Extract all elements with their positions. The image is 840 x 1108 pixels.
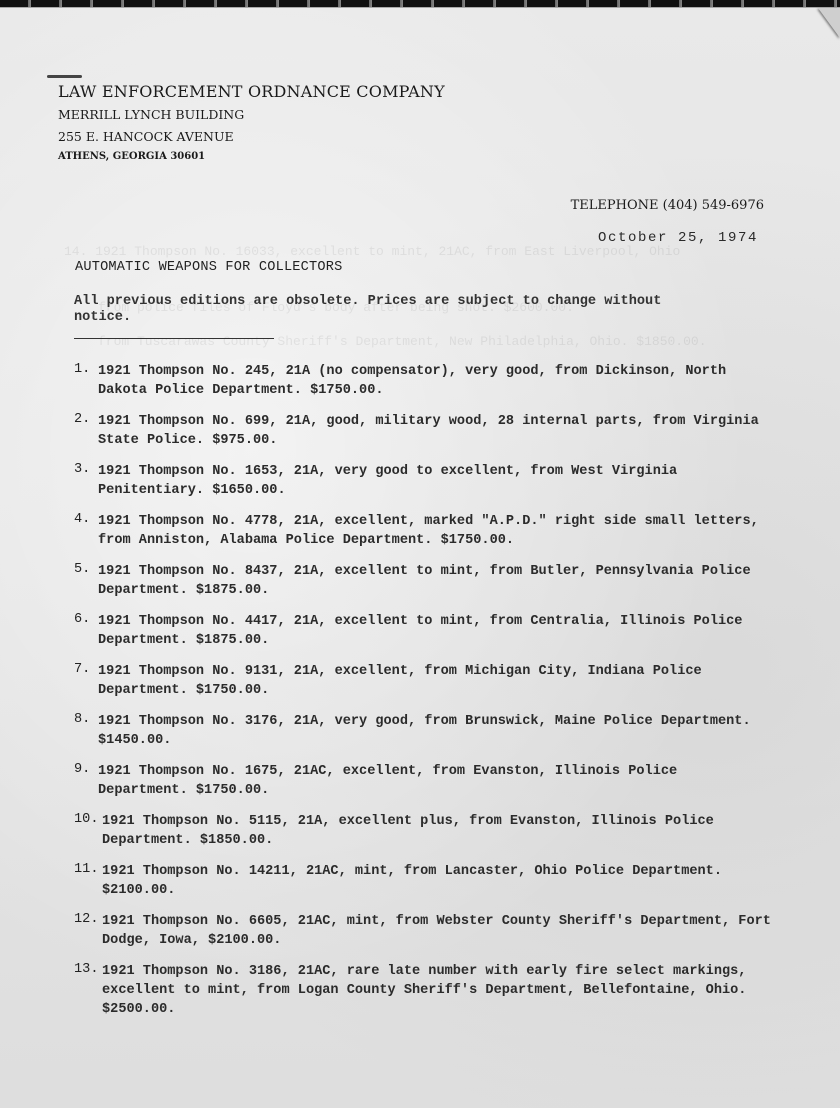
item-text: 1921 Thompson No. 8437, 21A, excellent t…: [98, 562, 774, 600]
item-number: 3.: [74, 462, 90, 477]
letterhead: LAW ENFORCEMENT ORDNANCE COMPANY MERRILL…: [58, 82, 445, 162]
item-number: 5.: [74, 562, 90, 577]
city-address: ATHENS, GEORGIA 30601: [58, 151, 445, 162]
company-name: LAW ENFORCEMENT ORDNANCE COMPANY: [58, 82, 445, 101]
item-text: 1921 Thompson No. 6605, 21AC, mint, from…: [102, 912, 774, 950]
item-number: 12.: [74, 912, 98, 927]
telephone: TELEPHONE (404) 549-6976: [571, 198, 764, 213]
item-text: 1921 Thompson No. 14211, 21AC, mint, fro…: [102, 862, 774, 900]
item-text: 1921 Thompson No. 3186, 21AC, rare late …: [102, 962, 774, 1019]
item-number: 13.: [74, 962, 98, 977]
item-number: 8.: [74, 712, 90, 727]
notice-text: All previous editions are obsolete. Pric…: [74, 294, 714, 326]
list-item: 5. 1921 Thompson No. 8437, 21A, excellen…: [74, 562, 774, 600]
list-item: 7. 1921 Thompson No. 9131, 21A, excellen…: [74, 662, 774, 700]
document-date: October 25, 1974: [598, 230, 758, 246]
item-number: 11.: [74, 862, 98, 877]
item-number: 1.: [74, 362, 90, 377]
item-text: 1921 Thompson No. 4778, 21A, excellent, …: [98, 512, 774, 550]
item-number: 4.: [74, 512, 90, 527]
item-number: 10.: [74, 812, 98, 827]
item-text: 1921 Thompson No. 699, 21A, good, milita…: [98, 412, 774, 450]
folded-corner: [818, 8, 840, 38]
building-name: MERRILL LYNCH BUILDING: [58, 107, 445, 122]
divider-rule: [74, 338, 274, 339]
item-number: 6.: [74, 612, 90, 627]
bleed-through: from Tuscarawas County Sheriff's Departm…: [98, 334, 707, 349]
list-item: 12. 1921 Thompson No. 6605, 21AC, mint, …: [74, 912, 774, 950]
item-number: 9.: [74, 762, 90, 777]
item-text: 1921 Thompson No. 1675, 21AC, excellent,…: [98, 762, 774, 800]
list-item: 2. 1921 Thompson No. 699, 21A, good, mil…: [74, 412, 774, 450]
list-item: 4. 1921 Thompson No. 4778, 21A, excellen…: [74, 512, 774, 550]
list-item: 8. 1921 Thompson No. 3176, 21A, very goo…: [74, 712, 774, 750]
list-item: 3. 1921 Thompson No. 1653, 21A, very goo…: [74, 462, 774, 500]
item-text: 1921 Thompson No. 3176, 21A, very good, …: [98, 712, 774, 750]
list-item: 11. 1921 Thompson No. 14211, 21AC, mint,…: [74, 862, 774, 900]
list-item: 9. 1921 Thompson No. 1675, 21AC, excelle…: [74, 762, 774, 800]
item-text: 1921 Thompson No. 245, 21A (no compensat…: [98, 362, 774, 400]
item-text: 1921 Thompson No. 4417, 21A, excellent t…: [98, 612, 774, 650]
list-item: 13. 1921 Thompson No. 3186, 21AC, rare l…: [74, 962, 774, 1019]
item-text: 1921 Thompson No. 5115, 21A, excellent p…: [102, 812, 774, 850]
item-text: 1921 Thompson No. 9131, 21A, excellent, …: [98, 662, 774, 700]
item-number: 7.: [74, 662, 90, 677]
pen-mark: [47, 75, 82, 78]
item-text: 1921 Thompson No. 1653, 21A, very good t…: [98, 462, 774, 500]
list-item: 6. 1921 Thompson No. 4417, 21A, excellen…: [74, 612, 774, 650]
item-number: 2.: [74, 412, 90, 427]
street-address: 255 E. HANCOCK AVENUE: [58, 129, 445, 144]
list-item: 1. 1921 Thompson No. 245, 21A (no compen…: [74, 362, 774, 400]
bleed-through: 14. 1921 Thompson No. 16033, excellent t…: [64, 244, 680, 259]
list-item: 10. 1921 Thompson No. 5115, 21A, excelle…: [74, 812, 774, 850]
document-heading: AUTOMATIC WEAPONS FOR COLLECTORS: [75, 260, 342, 275]
